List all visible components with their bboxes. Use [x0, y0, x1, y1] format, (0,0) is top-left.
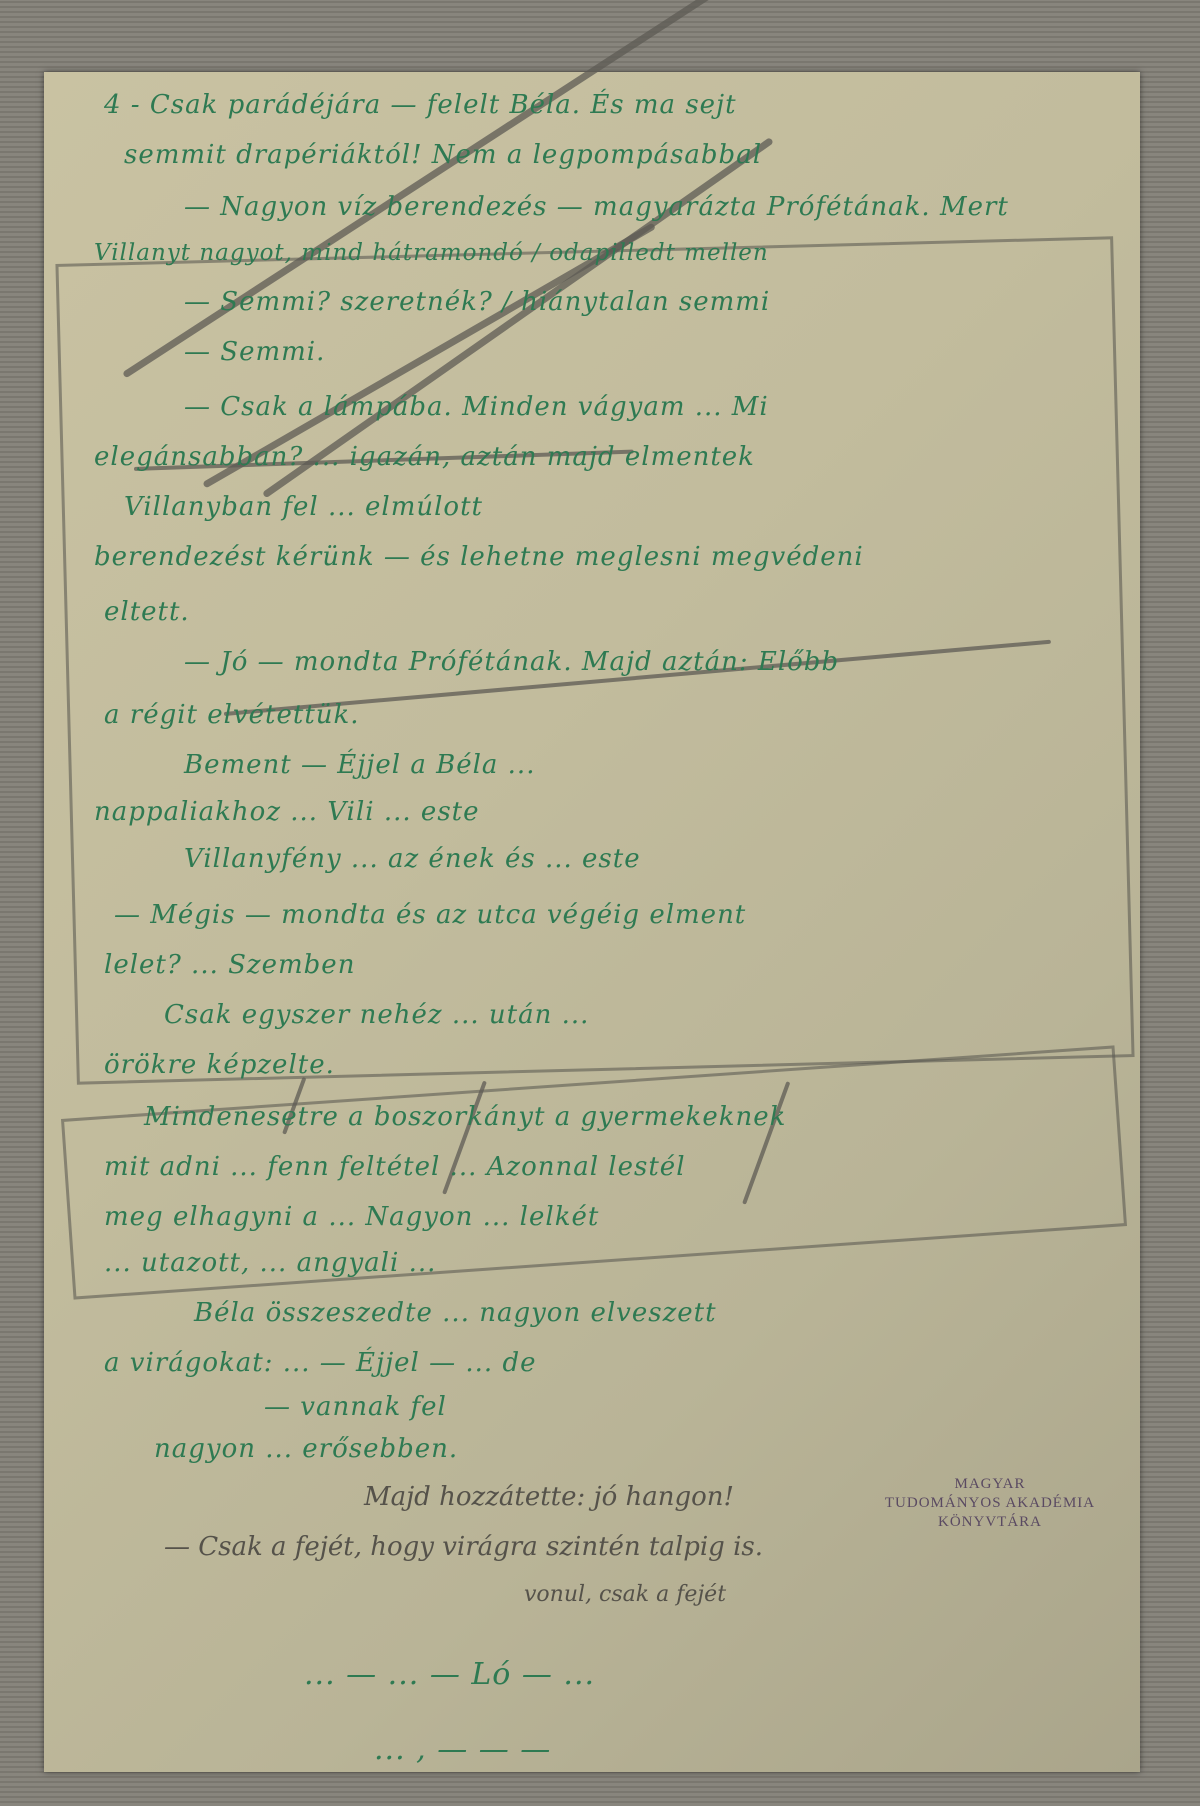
- text-line: nagyon ... erősebben.: [154, 1434, 458, 1464]
- text-line: Majd hozzátette: jó hangon!: [364, 1482, 734, 1512]
- text-line: — Jó — mondta Prófétának. Majd aztán: El…: [184, 647, 839, 677]
- text-line: — Mégis — mondta és az utca végéig elmen…: [114, 900, 746, 930]
- text-line: mit adni ... fenn feltétel ... Azonnal l…: [104, 1152, 686, 1182]
- text-line: eltett.: [104, 597, 190, 627]
- text-line: Mindenesetre a boszorkányt a gyermekekne…: [144, 1102, 786, 1132]
- text-line: — vannak fel: [264, 1392, 447, 1422]
- text-line: lelet? ... Szemben: [104, 950, 355, 980]
- text-line: — Csak a lámpába. Minden vágyam ... Mi: [184, 392, 769, 422]
- text-line: Csak egyszer nehéz ... után ...: [164, 1000, 589, 1030]
- text-line: berendezést kérünk — és lehetne meglesni…: [94, 542, 864, 572]
- text-line: — Csak a fejét, hogy virágra szintén tal…: [164, 1532, 763, 1562]
- stamp-line: TUDOMÁNYOS AKADÉMIA: [880, 1494, 1100, 1513]
- text-line: ... , — — —: [374, 1732, 551, 1767]
- text-line: Béla összeszedte ... nagyon elveszett: [194, 1298, 717, 1328]
- library-stamp: MAGYAR TUDOMÁNYOS AKADÉMIA KÖNYVTÁRA: [880, 1475, 1100, 1532]
- text-line: Villanyt nagyot, mind hátramondó / odapi…: [94, 240, 769, 266]
- text-line: ... utazott, ... angyali ...: [104, 1248, 436, 1278]
- text-line: meg elhagyni a ... Nagyon ... lelkét: [104, 1202, 599, 1232]
- text-line: vonul, csak a fejét: [524, 1582, 726, 1607]
- text-line: örökre képzelte.: [104, 1050, 335, 1080]
- text-line: semmit drapériáktól! Nem a legpompásabba…: [124, 140, 762, 170]
- text-line: ... — ... — Ló — ...: [304, 1657, 595, 1692]
- text-line: — Semmi? szeretnék? / hiánytalan semmi: [184, 287, 770, 317]
- text-line: — Nagyon víz berendezés — magyarázta Pró…: [184, 192, 1009, 222]
- text-line: 4 - Csak parádéjára — felelt Béla. És ma…: [104, 90, 737, 120]
- text-line: nappaliakhoz ... Vili ... este: [94, 797, 480, 827]
- text-line: elegánsabban? ... igazán, aztán majd elm…: [94, 442, 755, 472]
- stamp-line: MAGYAR: [880, 1475, 1100, 1494]
- text-line: — Semmi.: [184, 337, 325, 367]
- text-line: Bement — Éjjel a Béla ...: [184, 750, 535, 780]
- text-line: Villanyban fel ... elmúlott: [124, 492, 483, 522]
- text-line: a régit elvétettük.: [104, 700, 360, 730]
- stamp-line: KÖNYVTÁRA: [880, 1513, 1100, 1532]
- text-line: a virágokat: ... — Éjjel — ... de: [104, 1348, 536, 1378]
- text-line: Villanyfény ... az ének és ... este: [184, 844, 641, 874]
